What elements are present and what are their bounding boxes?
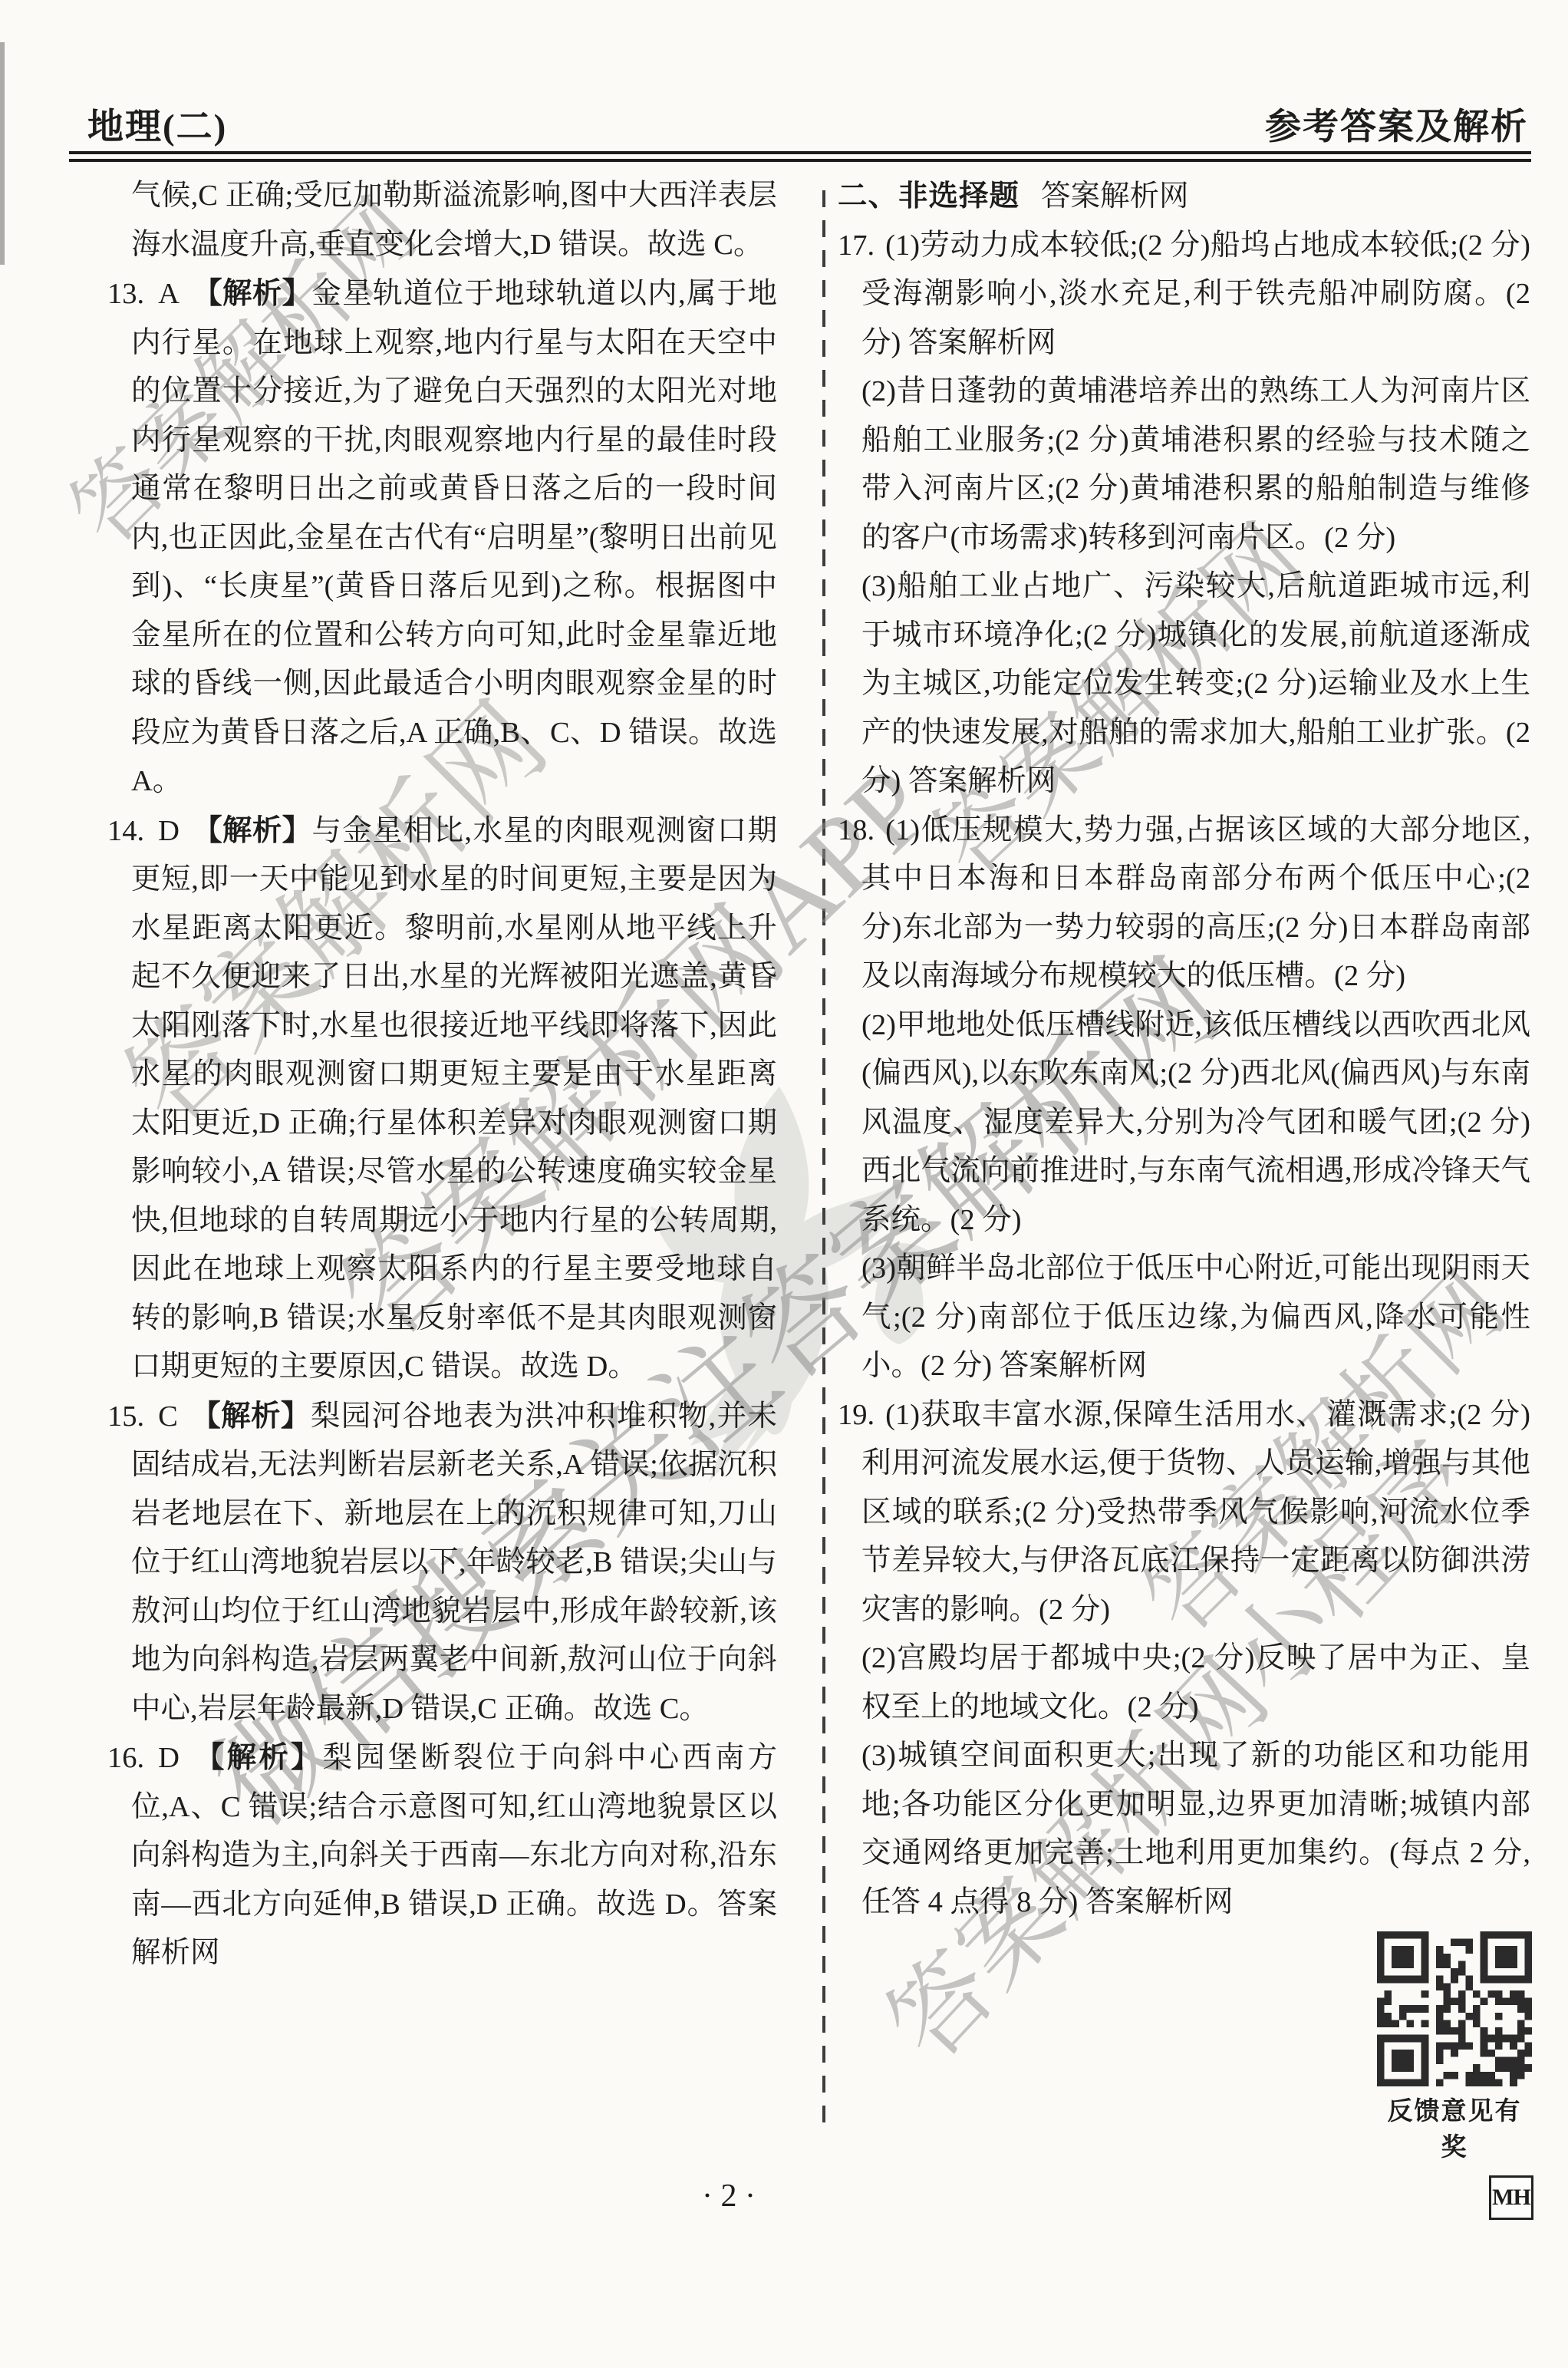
question-number: 14. (107, 815, 144, 847)
section-heading: 二、非选择题 (838, 180, 1020, 213)
answer-item-18: 18.(1)低压规模大,势力强,占据该区域的大部分地区,其中日本海和日本群岛南部… (838, 806, 1530, 1391)
qr-code (1377, 1931, 1532, 2086)
analysis-label: 【解析】 (190, 1400, 311, 1433)
answer-item-14: 14.D【解析】与金星相比,水星的肉眼观测窗口期更短,即一天中能见到水星的时间更… (107, 806, 777, 1392)
answer-item-17: 17.(1)劳动力成本较低;(2 分)船坞占地成本较低;(2 分)受海潮影响小,… (838, 222, 1530, 806)
answer-paragraph: (2)宫殿均居于都城中央;(2 分)反映了居中为正、皇权至上的地域文化。(2 分… (861, 1634, 1530, 1732)
right-column: 二、非选择题答案解析网 17.(1)劳动力成本较低;(2 分)船坞占地成本较低;… (838, 172, 1530, 1927)
question-number: 13. (107, 278, 144, 310)
answer-paragraph: (3)城镇空间面积更大;出现了新的功能区和功能用地;各功能区分化更加明显,边界更… (861, 1732, 1530, 1927)
question-number: 19. (838, 1399, 875, 1431)
answer-letter: A (158, 278, 180, 310)
analysis-label: 【解析】 (192, 814, 311, 847)
question-number: 16. (107, 1742, 144, 1774)
analysis-text: 梨园堡断裂位于向斜中心西南方位,A、C 错误;结合示意图可知,红山湾地貌景区以向… (131, 1742, 777, 1969)
analysis-text: 梨园河谷地表为洪冲积堆积物,并未固结成岩,无法判断岩层新老关系,A 错误;依据沉… (131, 1400, 777, 1725)
answer-letter: C (158, 1400, 178, 1433)
answer-paragraph: (2)昔日蓬勃的黄埔港培养出的熟练工人为河南片区船舶工业服务;(2 分)黄埔港积… (861, 368, 1530, 562)
header-double-rule (69, 151, 1531, 162)
answer-letter: D (158, 1742, 180, 1774)
page-title-left: 地理(二) (87, 98, 227, 150)
answer-paragraph: (3)朝鲜半岛北部位于低压中心附近,可能出现阴雨天气;(2 分)南部位于低压边缘… (861, 1245, 1530, 1391)
question-number: 17. (838, 229, 875, 262)
page-number: · 2 · (675, 2178, 782, 2215)
analysis-text: 金星轨道位于地球轨道以内,属于地内行星。在地球上观察,地内行星与太阳在天空中的位… (131, 278, 777, 797)
scan-edge-artifact (0, 42, 5, 265)
qr-block: 反馈意见有奖 (1377, 1931, 1532, 2163)
answer-paragraph: (3)船舶工业占地广、污染较大,后航道距城市远,利于城市环境净化;(2 分)城镇… (861, 562, 1530, 806)
answer-item-15: 15.C【解析】梨园河谷地表为洪冲积堆积物,并未固结成岩,无法判断岩层新老关系,… (107, 1392, 777, 1734)
answer-letter: D (158, 815, 180, 847)
answer-paragraph: (1)低压规模大,势力强,占据该区域的大部分地区,其中日本海和日本群岛南部分布两… (861, 814, 1530, 993)
publisher-mark: MH (1489, 2175, 1533, 2220)
left-column: 气候,C 正确;受厄加勒斯溢流影响,图中大西洋表层海水温度升高,垂直变化会增大,… (107, 172, 777, 1978)
answer-item-13: 13.A【解析】金星轨道位于地球轨道以内,属于地内行星。在地球上观察,地内行星与… (107, 269, 777, 806)
continued-answer-text: 气候,C 正确;受厄加勒斯溢流影响,图中大西洋表层海水温度升高,垂直变化会增大,… (107, 172, 777, 269)
analysis-label: 【解析】 (192, 277, 311, 310)
analysis-text: 与金星相比,水星的肉眼观测窗口期更短,即一天中能见到水星的时间更短,主要是因为水… (131, 815, 777, 1384)
answer-paragraph: (1)获取丰富水源,保障生活用水、灌溉需求;(2 分)利用河流发展水运,便于货物… (861, 1399, 1530, 1626)
answer-paragraph: (1)劳动力成本较低;(2 分)船坞占地成本较低;(2 分)受海潮影响小,淡水充… (861, 229, 1530, 359)
scanned-answer-sheet-page: { "header": { "left_title": "地理(二)", "ri… (0, 0, 1568, 2368)
question-number: 15. (107, 1400, 144, 1433)
analysis-label: 【解析】 (192, 1741, 323, 1774)
answer-item-19: 19.(1)获取丰富水源,保障生活用水、灌溉需求;(2 分)利用河流发展水运,便… (838, 1391, 1530, 1928)
qr-caption: 反馈意见有奖 (1377, 2091, 1532, 2163)
question-number: 18. (838, 814, 875, 846)
page-title-right: 参考答案及解析 (1265, 98, 1528, 150)
answer-item-16: 16.D【解析】梨园堡断裂位于向斜中心西南方位,A、C 错误;结合示意图可知,红… (107, 1733, 777, 1978)
answer-paragraph: (2)甲地地处低压槽线附近,该低压槽线以西吹西北风(偏西风),以东吹东南风;(2… (861, 1001, 1530, 1245)
watermark-inline-text: 答案解析网 (1041, 180, 1189, 213)
